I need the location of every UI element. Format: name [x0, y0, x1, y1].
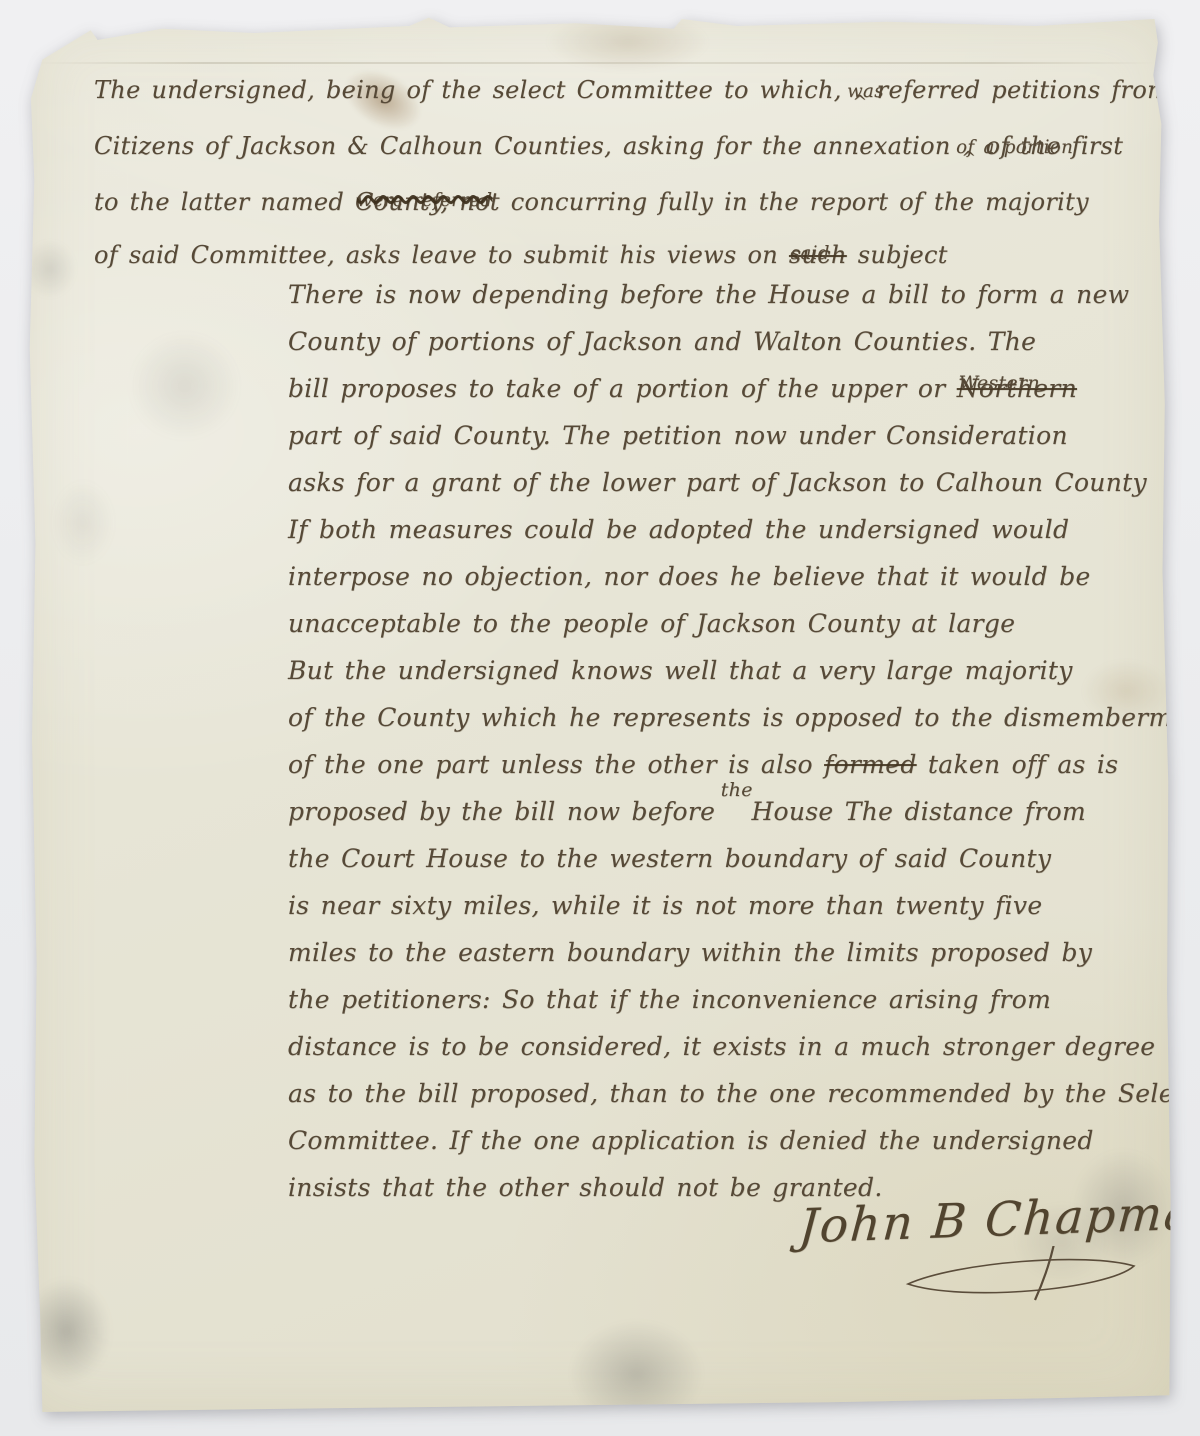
insertion: was^ — [853, 64, 866, 120]
line-text: subject — [858, 241, 948, 269]
fingerprint-smudge — [127, 330, 242, 442]
line-text: of the one part unless the other is also — [288, 750, 813, 779]
smudge-stain — [24, 1280, 109, 1382]
line-text: to the latter named — [94, 188, 344, 216]
p1-line-1: The undersigned, being of the select Com… — [94, 64, 1170, 120]
p2-line-16: the petitioners: So that if the inconven… — [288, 976, 1200, 1023]
inserted-word: said — [791, 245, 830, 263]
p2-line-4: part of said County. The petition now un… — [288, 412, 1200, 459]
opening-paragraph: The undersigned, being of the select Com… — [94, 64, 1170, 282]
struck-word: were referred — [357, 192, 493, 210]
insertion: of a portion^ — [962, 120, 975, 176]
p2-line-8: unacceptable to the people of Jackson Co… — [288, 600, 1200, 647]
p2-line-10: of the County which he represents is opp… — [288, 694, 1200, 741]
p2-line-17: distance is to be considered, it exists … — [288, 1023, 1200, 1070]
p2-line-19: Committee. If the one application is den… — [288, 1117, 1200, 1164]
smudge-stain — [52, 480, 114, 565]
line-text: not concurring fully in the report of th… — [459, 188, 1089, 216]
signature-flourish — [902, 1246, 1147, 1310]
p1-line-3: to the latter named were referredCounty,… — [94, 176, 1170, 229]
line-text: referred petitions from — [877, 76, 1170, 104]
p2-line-13: the Court House to the western boundary … — [288, 835, 1200, 882]
line-text: of said Committee, asks leave to submit … — [94, 241, 778, 269]
p1-line-2: Citizens of Jackson & Calhoun Counties, … — [94, 120, 1170, 176]
line-text: House The distance from — [751, 797, 1086, 826]
p2-line-2: County of portions of Jackson and Walton… — [288, 318, 1200, 365]
line-text: proposed by the bill now before — [288, 797, 715, 826]
line-text: taken off as is — [928, 750, 1118, 779]
caret-mark: ^ — [853, 77, 868, 130]
correction: were referredCounty, — [355, 176, 448, 229]
line-text: Citizens of Jackson & Calhoun Counties, … — [94, 132, 951, 160]
caret-mark: ^ — [962, 133, 977, 186]
document-photo: The undersigned, being of the select Com… — [24, 12, 1174, 1412]
manuscript-paper: The undersigned, being of the select Com… — [24, 12, 1174, 1412]
line-text: bill proposes to take of a portion of th… — [288, 374, 945, 403]
p2-line-18: as to the bill proposed, than to the one… — [288, 1070, 1200, 1117]
p2-line-14: is near sixty miles, while it is not mor… — [288, 882, 1200, 929]
p2-line-1: There is now depending before the House … — [288, 271, 1200, 318]
p2-line-9: But the undersigned knows well that a ve… — [288, 647, 1200, 694]
fingerprint-smudge — [569, 1320, 704, 1428]
p2-line-5: asks for a grant of the lower part of Ja… — [288, 459, 1200, 506]
struck-word: formed — [824, 750, 917, 779]
inserted-word: the — [721, 781, 753, 800]
p2-line-15: miles to the eastern boundary within the… — [288, 929, 1200, 976]
smudge-stain — [24, 240, 76, 298]
p2-line-7: interpose no objection, nor does he beli… — [288, 553, 1200, 600]
correction: WesternNorthern — [957, 365, 1077, 412]
p2-line-3: bill proposes to take of a portion of th… — [288, 365, 1200, 412]
p2-line-12: proposed by the bill now before the Hous… — [288, 788, 1200, 835]
p2-line-6: If both measures could be adopted the un… — [288, 506, 1200, 553]
body-paragraph: There is now depending before the House … — [288, 271, 1200, 1211]
line-text: The undersigned, being of the select Com… — [94, 76, 842, 104]
inserted-word: Western — [959, 374, 1040, 393]
